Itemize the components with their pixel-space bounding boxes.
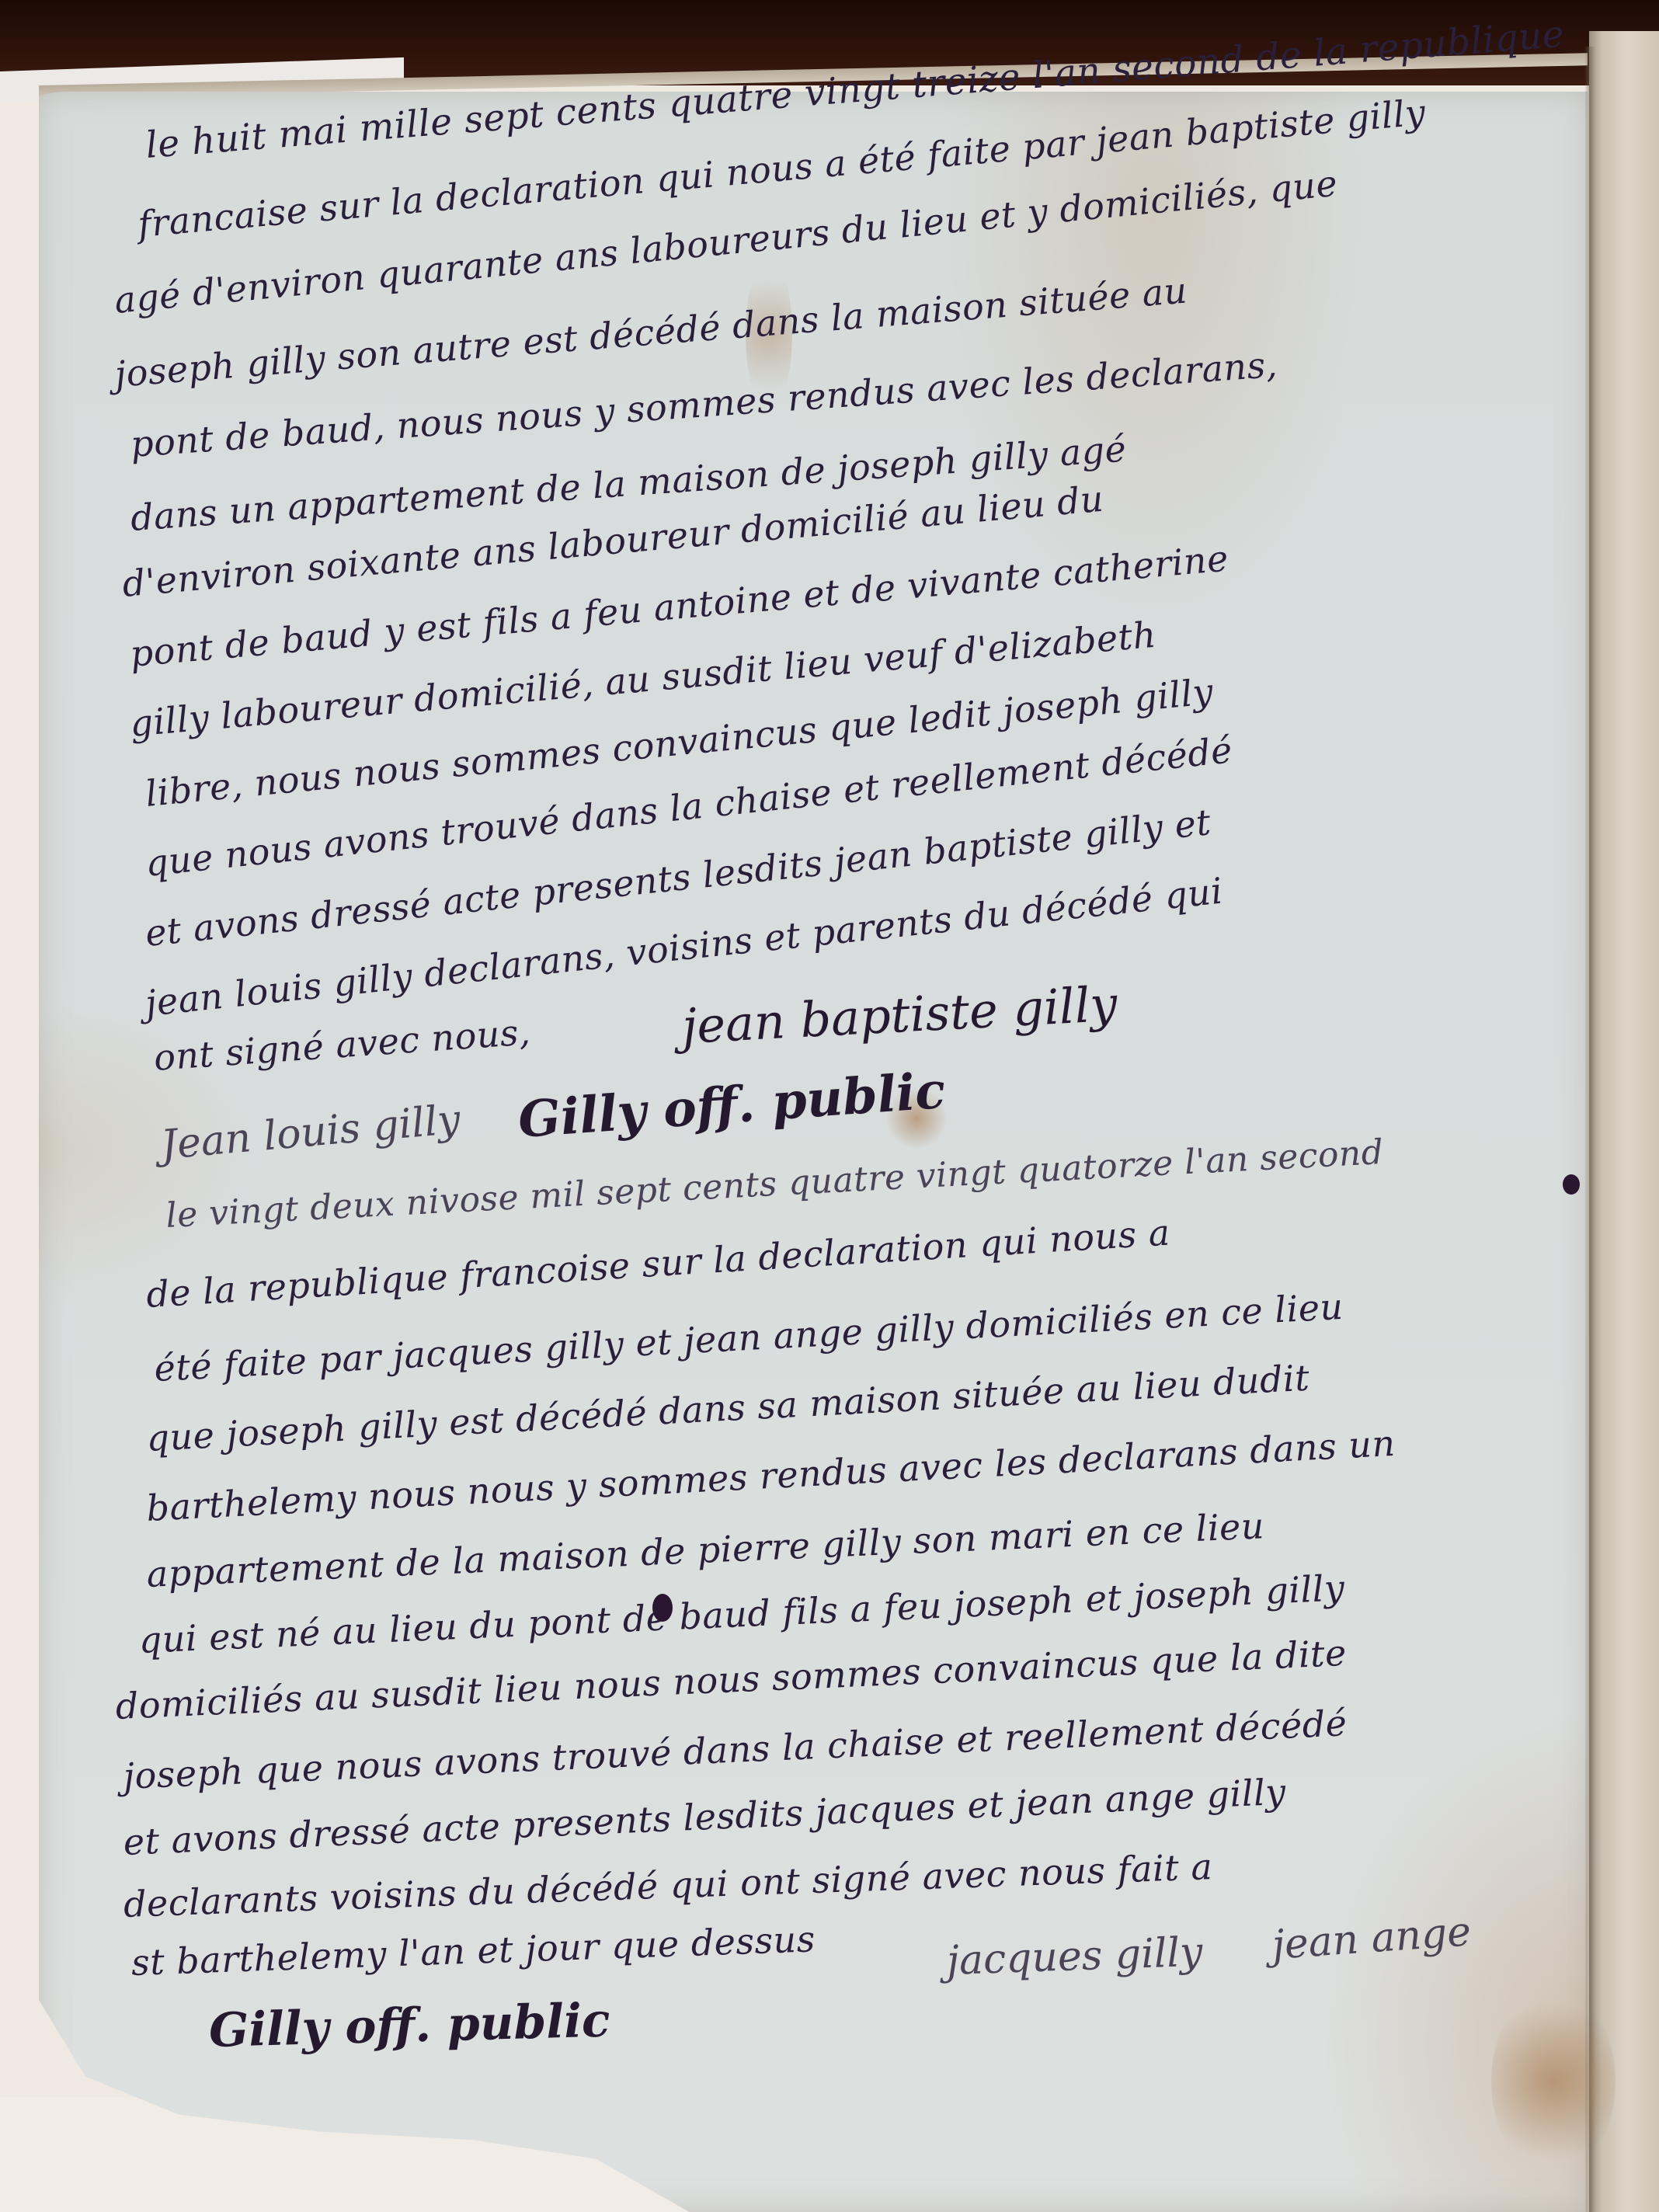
facing-page-edge bbox=[1589, 31, 1659, 2212]
ink-blot bbox=[652, 1594, 673, 1622]
signature-jacques-gilly: jacques gilly bbox=[946, 1929, 1203, 1984]
foxing-stain bbox=[1491, 1988, 1616, 2175]
ink-blot bbox=[1563, 1174, 1580, 1195]
book-spine-shadow bbox=[1584, 47, 1595, 2212]
signature-officer-public: Gilly off. public bbox=[208, 1994, 610, 2058]
